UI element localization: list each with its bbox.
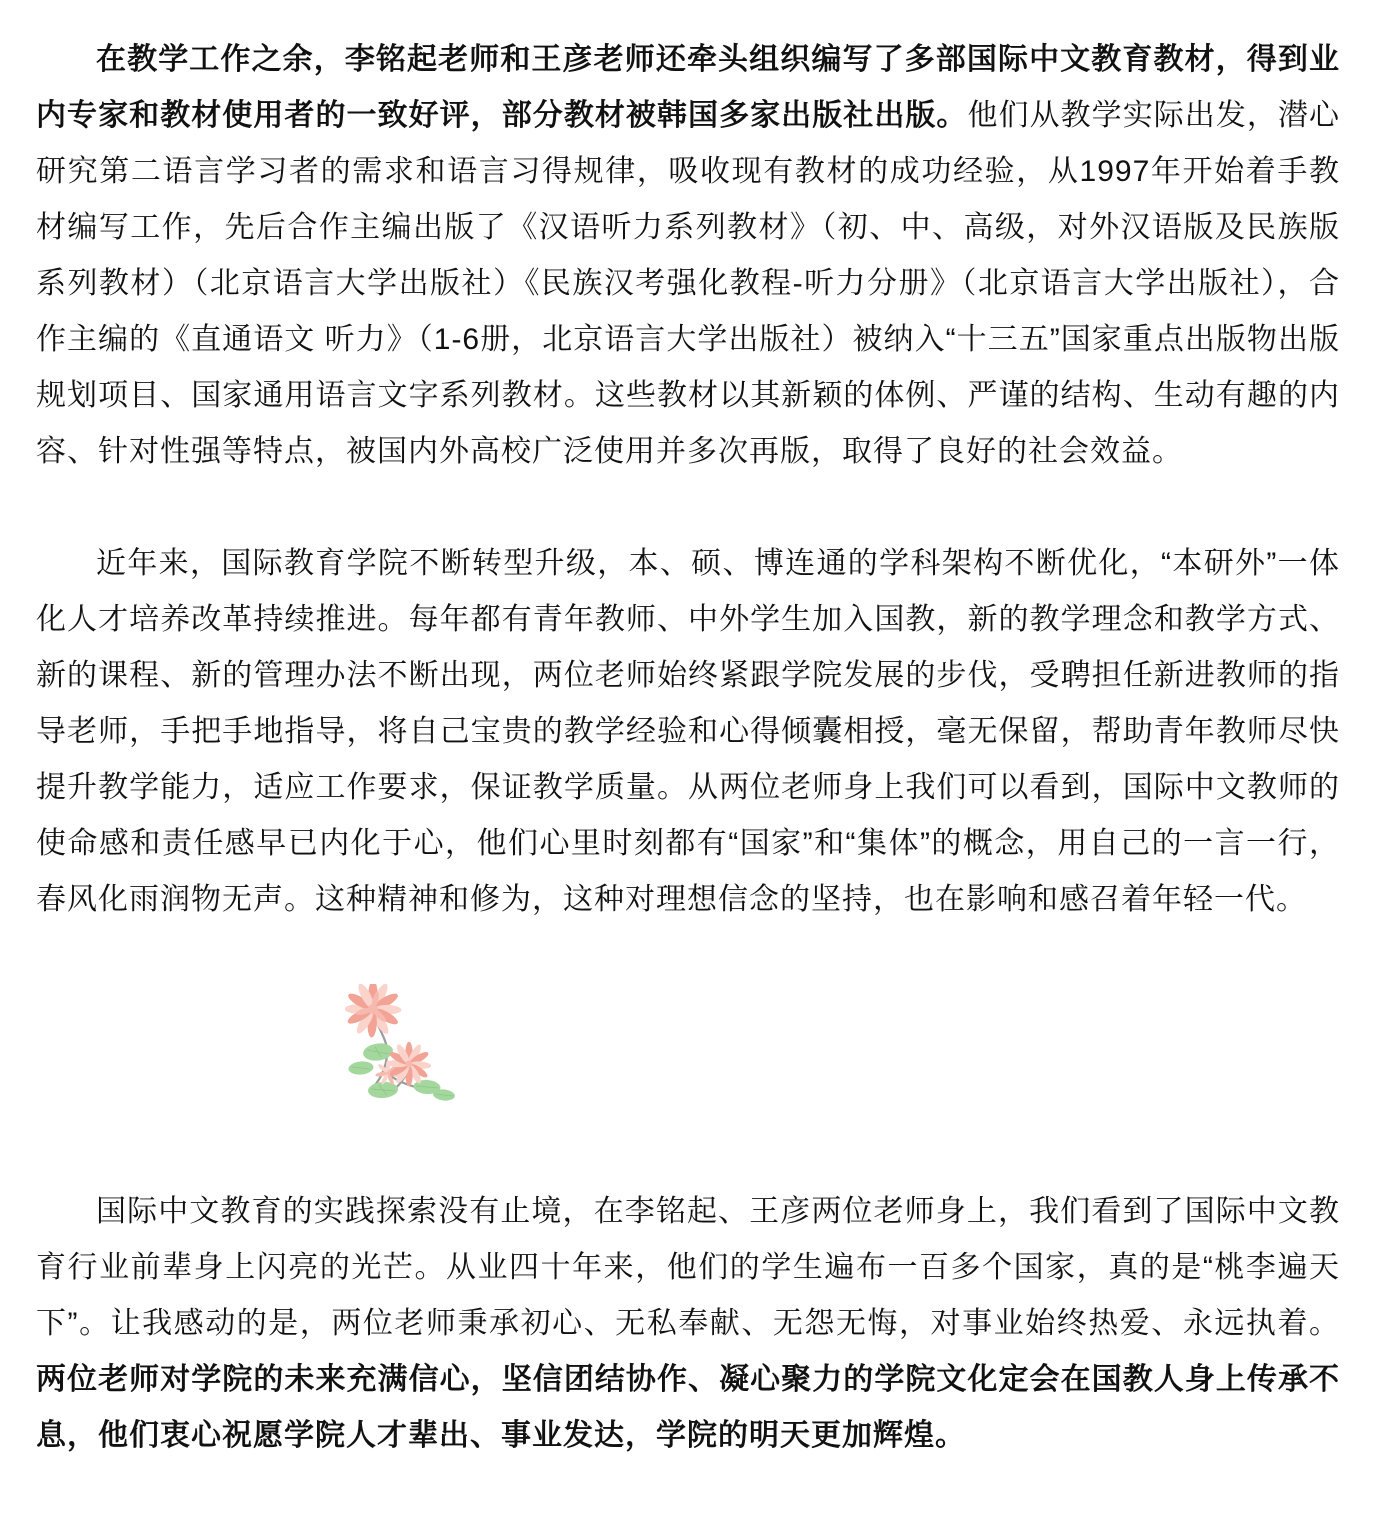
lotus-bloom-small: [387, 1042, 432, 1086]
paragraph-textbooks-body: 他们从教学实际出发，潜心研究第二语言学习者的需求和语言习得规律，吸收现有教材的成…: [36, 99, 1340, 468]
lotus-illustration: [345, 984, 457, 1104]
lotus-bloom-large: [345, 984, 402, 1038]
paragraph-textbooks: 在教学工作之余，李铭起老师和王彦老师还牵头组织编写了多部国际中文教育教材，得到业…: [36, 32, 1340, 480]
document-page: { "theme": { "colors": { "text": "#11111…: [0, 0, 1376, 1528]
paragraph-closing: 国际中文教育的实践探索没有止境，在李铭起、王彦两位老师身上，我们看到了国际中文教…: [36, 1184, 1340, 1464]
article: 在教学工作之余，李铭起老师和王彦老师还牵头组织编写了多部国际中文教育教材，得到业…: [36, 32, 1340, 1464]
paragraph-closing-body: 国际中文教育的实践探索没有止境，在李铭起、王彦两位老师身上，我们看到了国际中文教…: [36, 1195, 1340, 1340]
lotus-flower-icon: [345, 984, 457, 1104]
paragraph-mentoring: 近年来，国际教育学院不断转型升级，本、硕、博连通的学科架构不断优化，“本研外”一…: [36, 536, 1340, 928]
paragraph-mentoring-body: 近年来，国际教育学院不断转型升级，本、硕、博连通的学科架构不断优化，“本研外”一…: [36, 547, 1340, 916]
paragraph-closing-bold-tail: 两位老师对学院的未来充满信心，坚信团结协作、凝心聚力的学院文化定会在国教人身上传…: [36, 1363, 1340, 1452]
